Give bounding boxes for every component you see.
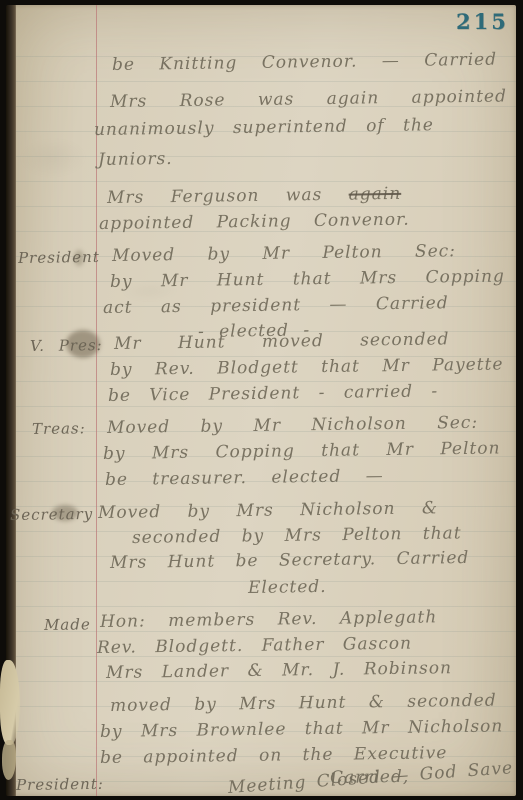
handwritten-line-ferguson-1: Mrs Ferguson was again	[107, 184, 401, 208]
handwritten-line-treasurer-3: be treasurer. elected —	[105, 466, 384, 490]
handwritten-line-rose-3: Juniors.	[98, 149, 173, 170]
ferguson-line-text: Mrs Ferguson was	[107, 185, 323, 208]
ink-bleed-through	[17, 137, 88, 179]
margin-label-treasurer: Treas:	[32, 419, 86, 438]
handwritten-line-secretary-4: Elected.	[248, 577, 327, 598]
paper-tear	[0, 660, 20, 745]
margin-label-made: Made	[44, 615, 91, 634]
margin-label-secretary: Secretary	[10, 505, 93, 524]
page-number: 215	[456, 9, 509, 34]
margin-label-president: President	[18, 248, 100, 267]
struck-through-word: again	[349, 184, 402, 205]
margin-label-vice-president: V. Pres:	[30, 336, 103, 355]
scanned-minute-book-page: 215 be Knitting Convenor. — Carried Mrs …	[0, 0, 523, 800]
margin-label-president-signature: President:	[16, 775, 104, 794]
